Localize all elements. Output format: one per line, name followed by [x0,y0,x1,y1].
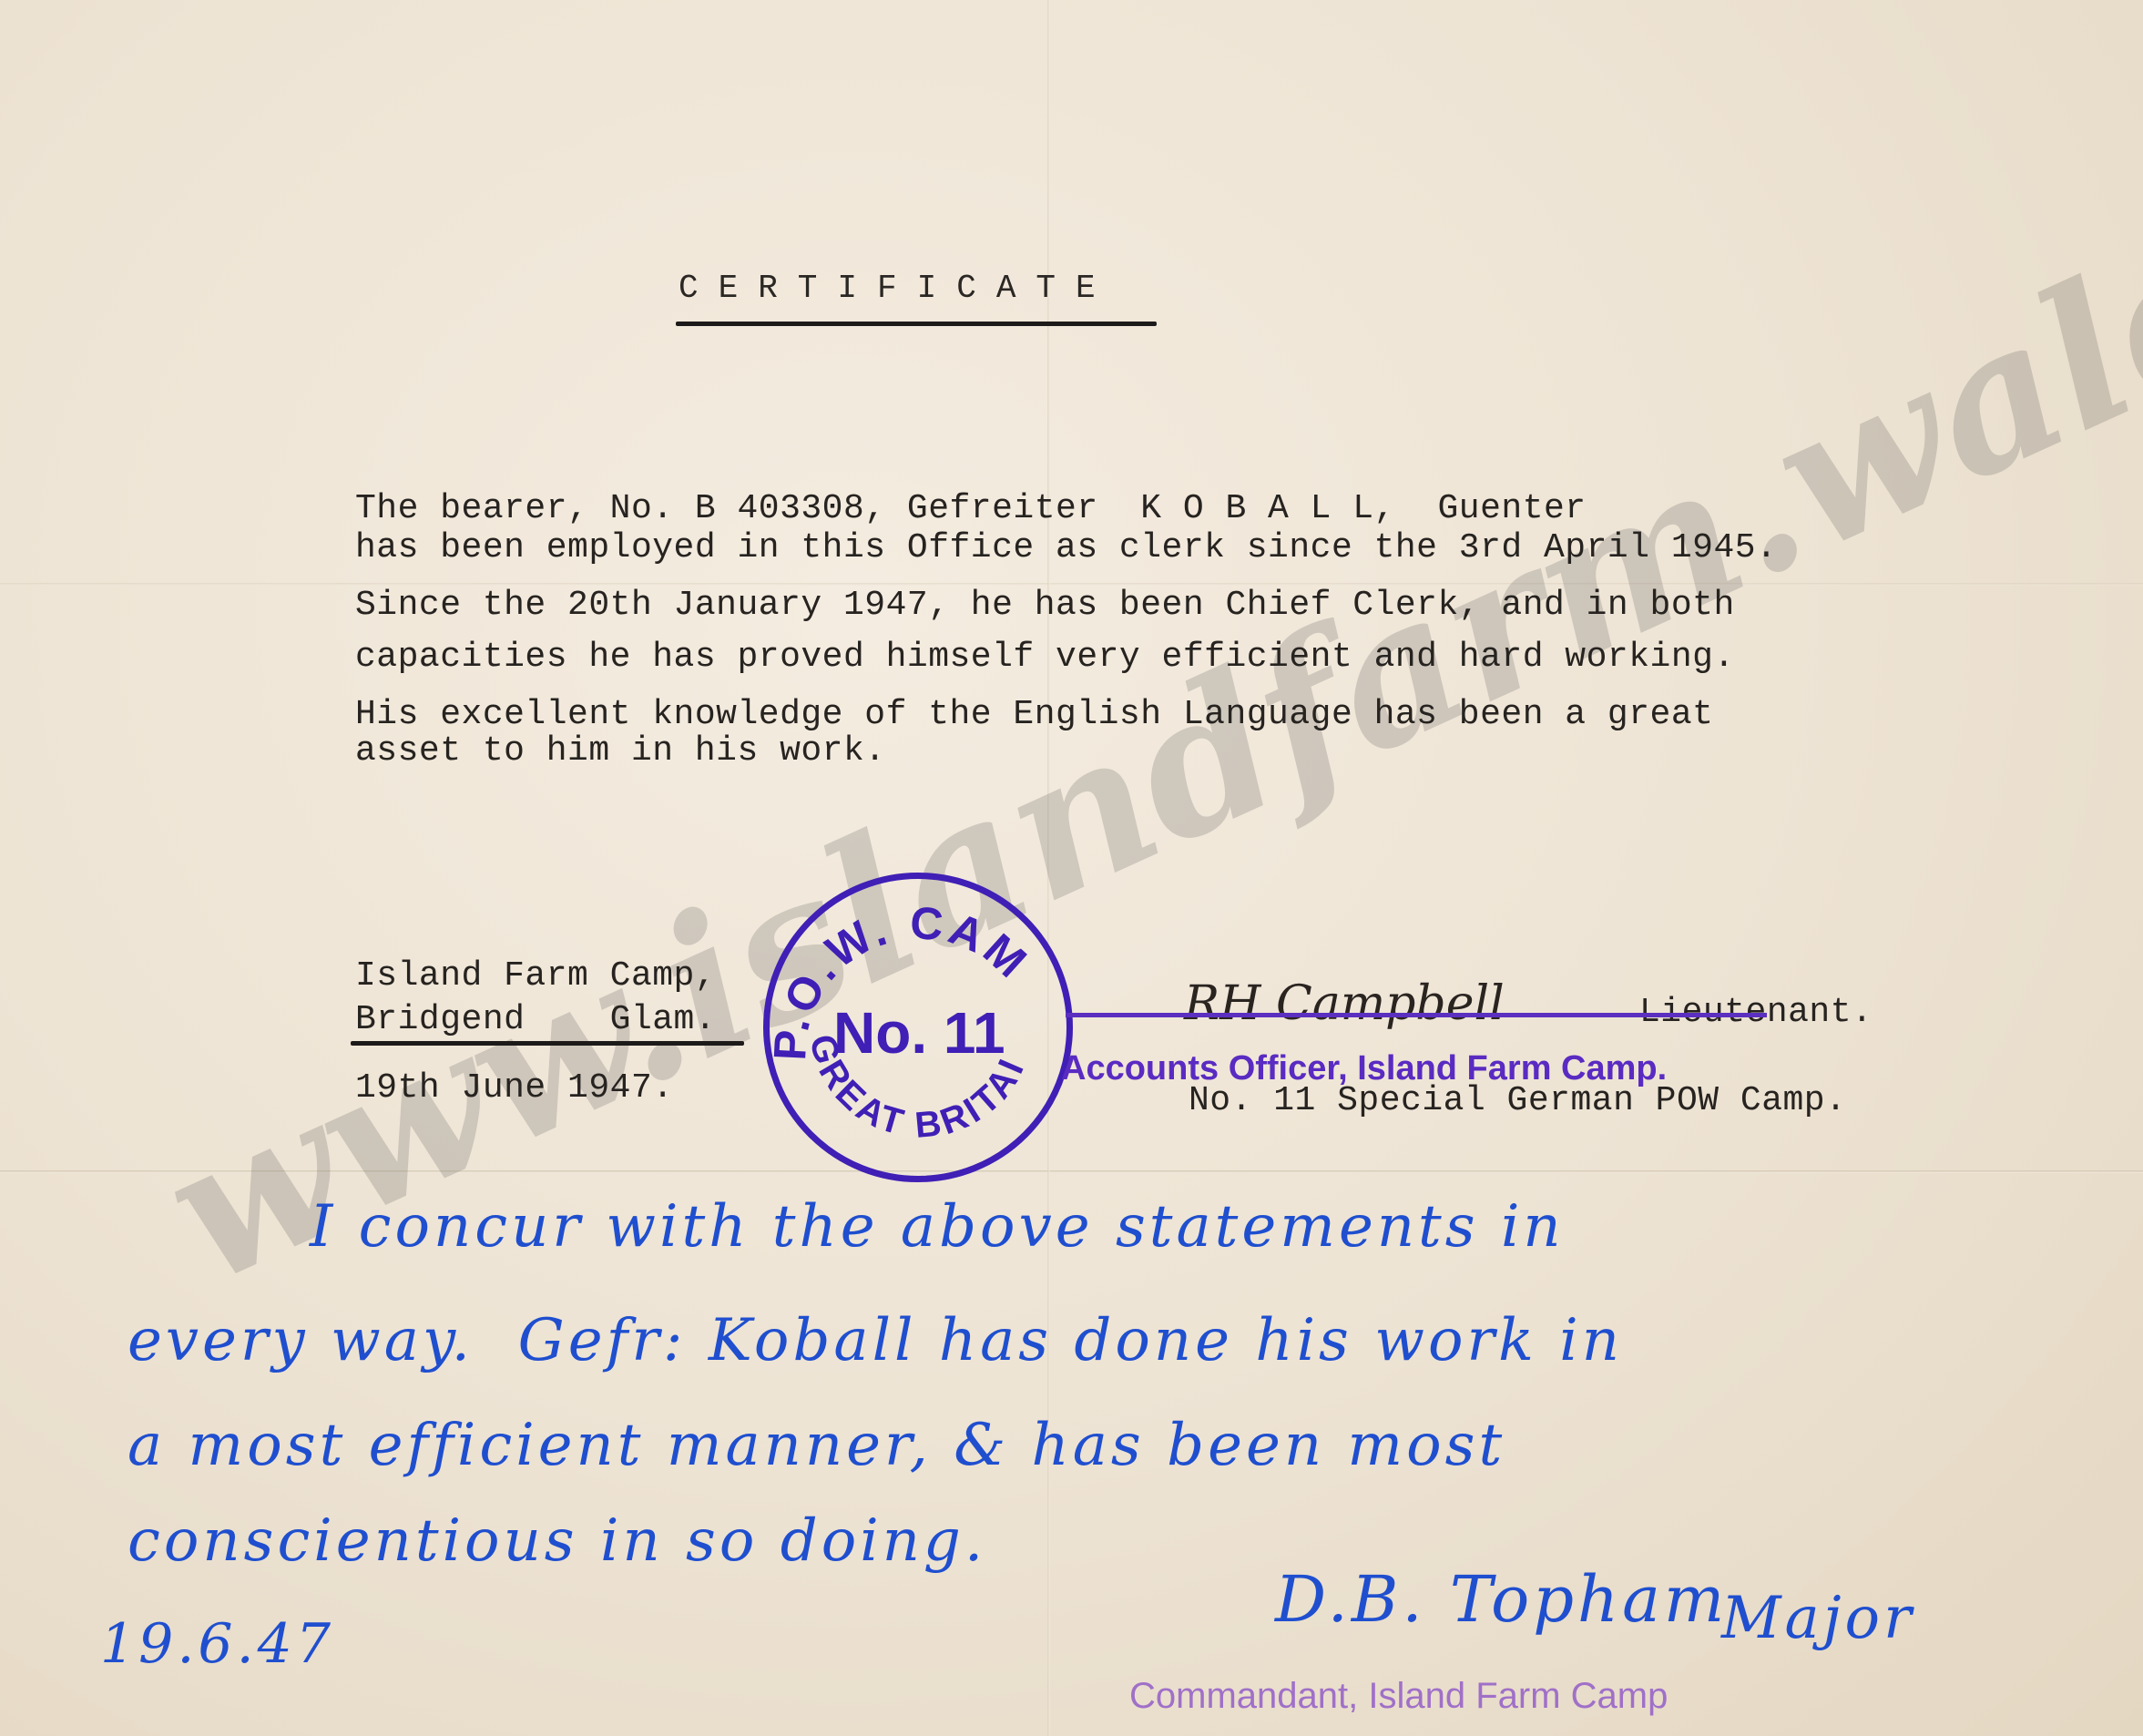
handwritten-line-3: a most efficient manner, & has been most [128,1412,1505,1479]
signer-unit: No. 11 Special German POW Camp. [1189,1081,1846,1120]
body-line-1: The bearer, No. B 403308, Gefreiter K O … [355,489,1587,528]
body-line-3: Since the 20th January 1947, he has been… [355,586,1735,625]
handwritten-line-2: every way. Gefr: Koball has done his wor… [128,1307,1623,1374]
handwritten-line-1: I concur with the above statements in [310,1193,1565,1261]
body-line-4: capacities he has proved himself very ef… [355,638,1735,677]
title-underline [676,322,1157,326]
stamp-center-text: No. 11 [833,999,1005,1067]
handwritten-line-4: conscientious in so doing. [128,1507,986,1575]
commandant-stamp: Commandant, Island Farm Camp [1129,1676,1668,1717]
lieutenant-signature: RH Campbell [1184,976,1505,1031]
major-rank: Major [1721,1585,1915,1652]
major-signature: D.B. Topham [1275,1562,1728,1637]
body-line-2: has been employed in this Office as cler… [355,528,1777,567]
body-line-5: His excellent knowledge of the English L… [355,695,1713,734]
typed-date: 19th June 1947. [355,1068,674,1108]
location-line-1: Island Farm Camp, [355,956,716,996]
location-line-2: Bridgend Glam. [355,1000,716,1039]
handwritten-date: 19.6.47 [100,1612,334,1676]
location-underline [351,1041,744,1046]
body-line-6: asset to him in his work. [355,731,886,771]
fold-crease-horizontal [0,1170,2143,1173]
pow-camp-stamp: P.O.W. CAMP GREAT BRITAIN No. 11 [763,873,1073,1182]
signature-line [1066,1013,1767,1017]
certificate-title: CERTIFICATE [679,270,1116,307]
